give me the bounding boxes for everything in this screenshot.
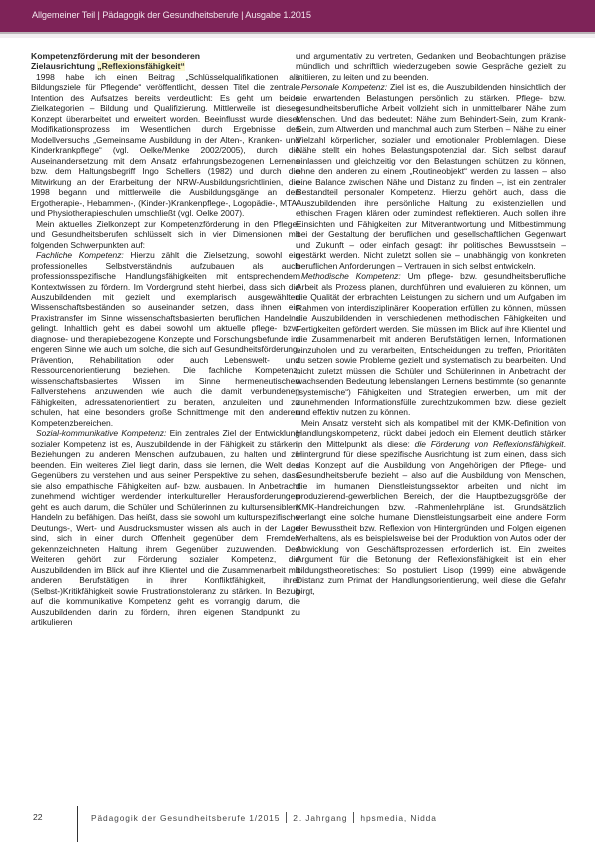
heading-line-2-prefix: Zielausrichtung [31, 61, 97, 71]
running-header: Allgemeiner Teil | Pädagogik der Gesundh… [0, 0, 595, 32]
emphasis-reflexionsfaehigkeit: die Förderung von Reflexionsfähigkeit [415, 439, 564, 449]
footer-volume: 2. Jahrgang [293, 813, 347, 823]
page-footer: 22 Pädagogik der Gesundheitsberufe 1/201… [0, 800, 595, 842]
footer-separator [286, 812, 287, 823]
paragraph-intro: 1998 habe ich einen Beitrag „Schlüsselqu… [31, 72, 300, 219]
header-strip [0, 34, 595, 38]
paragraph-text: Um pflege- bzw. gesundheitsberufliche Ar… [296, 271, 566, 417]
page-number: 22 [33, 812, 43, 822]
paragraph-text: . Hintergrund für diese spezifische Ausr… [296, 439, 566, 596]
footer-publisher: hpsmedia, Nidda [360, 813, 436, 823]
paragraph-methodische-kompetenz: Methodische Kompetenz: Um pflege- bzw. g… [296, 271, 566, 418]
paragraph-text: Ein zentrales Ziel der Entwicklung sozia… [31, 428, 300, 627]
section-heading: Kompetenzförderung mit der besonderen Zi… [31, 51, 300, 72]
footer-separator [353, 812, 354, 823]
paragraph-fachliche-kompetenz: Fachliche Kompetenz: Hierzu zählt die Zi… [31, 250, 300, 428]
paragraph-dimensions: Mein aktuelles Zielkonzept zur Kompetenz… [31, 219, 300, 250]
paragraph-kmk-ansatz: Mein Ansatz versteht sich als kompatibel… [296, 418, 566, 596]
heading-line-1: Kompetenzförderung mit der besonderen [31, 51, 200, 61]
highlighted-term: „Reflexionsfähigkeit“ [97, 61, 184, 71]
running-title: Allgemeiner Teil | Pädagogik der Gesundh… [32, 10, 311, 20]
footer-citation: Pädagogik der Gesundheitsberufe 1/20152.… [91, 812, 437, 823]
footer-journal: Pädagogik der Gesundheitsberufe 1/2015 [91, 813, 280, 823]
right-column: und argumentativ zu vertreten, Gedanken … [296, 51, 566, 596]
paragraph-sozial-kommunikative-kompetenz: Sozial-kommunikative Kompetenz: Ein zent… [31, 428, 300, 627]
paragraph-continuation: und argumentativ zu vertreten, Gedanken … [296, 51, 566, 82]
paragraph-personale-kompetenz: Personale Kompetenz: Ziel ist es, die Au… [296, 82, 566, 271]
paragraph-text: 1998 habe ich einen Beitrag „Schlüsselqu… [31, 72, 300, 218]
paragraph-lead: Personale Kompetenz: [301, 82, 387, 92]
paragraph-text: Mein aktuelles Zielkonzept zur Kompetenz… [31, 219, 300, 250]
paragraph-text: Ziel ist es, die Auszubildenden hinsicht… [296, 82, 566, 270]
left-column: Kompetenzförderung mit der besonderen Zi… [31, 51, 300, 627]
paragraph-lead: Sozial-kommunikative Kompetenz: [36, 428, 166, 438]
paragraph-text: Hierzu zählt die Zielsetzung, sowohl ein… [31, 250, 300, 428]
paragraph-text: und argumentativ zu vertreten, Gedanken … [296, 51, 566, 82]
paragraph-lead: Fachliche Kompetenz: [36, 250, 124, 260]
footer-divider [77, 806, 78, 842]
paragraph-lead: Methodische Kompetenz: [301, 271, 401, 281]
